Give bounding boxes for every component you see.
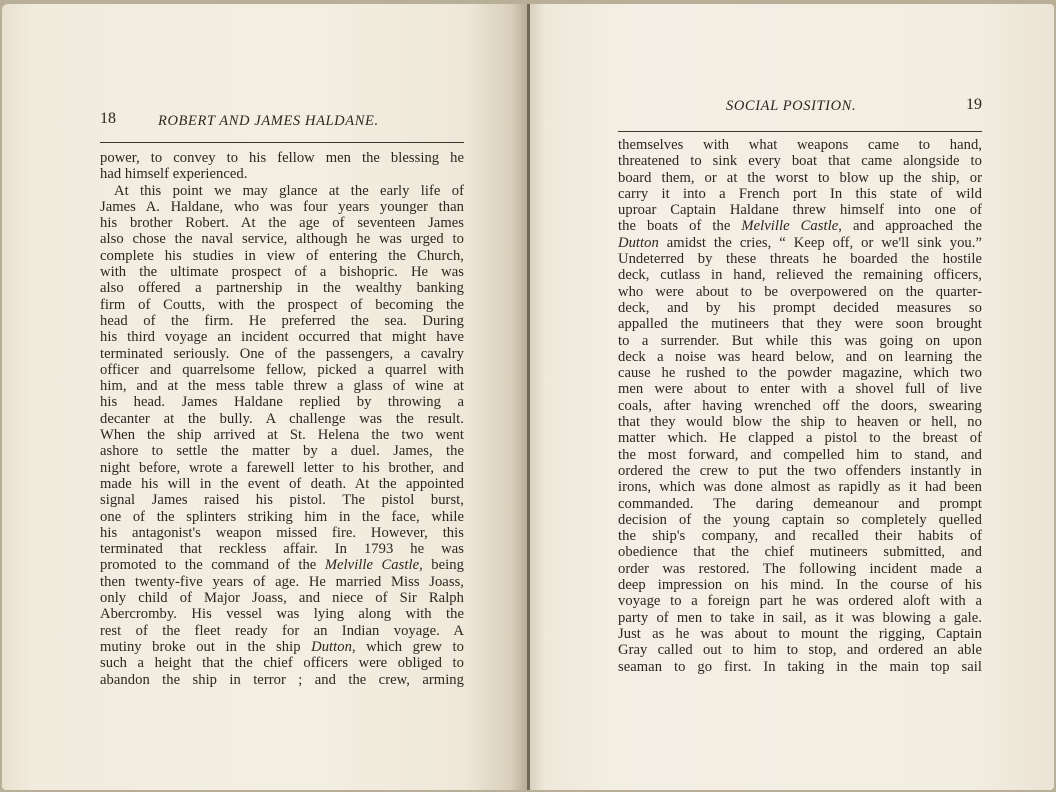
text-segment: the boats of the — [618, 218, 741, 234]
text-line: made his will in the event of death. At … — [100, 476, 464, 492]
text-line: night before, wrote a farewell letter to… — [100, 460, 464, 476]
text-line: his antagonist's weapon missed fire. How… — [100, 525, 464, 541]
text-line: signal James raised his pistol. The pist… — [100, 492, 464, 508]
ship-name-italic: Melville Castle — [325, 557, 419, 573]
text-line: Just as he was about to mount the riggin… — [618, 626, 982, 642]
left-header-rule — [100, 142, 464, 143]
text-segment: , being — [419, 557, 464, 573]
text-line: threatened to sink every boat that came … — [618, 153, 982, 169]
left-page: 18 ROBERT AND JAMES HALDANE. power, to c… — [2, 4, 527, 790]
text-line: also offered a partnership in the wealth… — [100, 280, 464, 296]
right-body-text: themselves with what weapons came to han… — [618, 137, 982, 675]
text-line: terminated seriously. One of the passeng… — [100, 346, 464, 362]
text-line: also chose the naval service, although h… — [100, 231, 464, 247]
text-line: deck, and by his prompt decided measures… — [618, 300, 982, 316]
text-line: his head. James Haldane replied by throw… — [100, 394, 464, 410]
text-line: decision of the young captain so complet… — [618, 512, 982, 528]
book-spread: 18 ROBERT AND JAMES HALDANE. power, to c… — [0, 0, 1056, 792]
text-line: themselves with what weapons came to han… — [618, 137, 982, 153]
text-line: Abercromby. His vessel was lying along w… — [100, 606, 464, 622]
text-line: the ship's company, and recalled their h… — [618, 528, 982, 544]
text-line: voyage to a foreign part he was ordered … — [618, 593, 982, 609]
text-line: power, to convey to his fellow men the b… — [100, 150, 464, 166]
text-line: the most forward, and compelled him to s… — [618, 447, 982, 463]
text-line: matter which. He clapped a pistol to the… — [618, 430, 982, 446]
text-line: When the ship arrived at St. Helena the … — [100, 427, 464, 443]
right-page: SOCIAL POSITION. 19 themselves with what… — [530, 4, 1054, 790]
right-page-number: 19 — [966, 96, 982, 114]
text-line: his brother Robert. At the age of sevent… — [100, 215, 464, 231]
text-line-with-italic: promoted to the command of the Melville … — [100, 557, 464, 573]
text-line: to a surrender. But while this was going… — [618, 333, 982, 349]
text-line: James A. Haldane, who was four years you… — [100, 199, 464, 215]
text-line: then twenty-five years of age. He marrie… — [100, 574, 464, 590]
text-line: his third voyage an incident occurred th… — [100, 329, 464, 345]
left-running-head: 18 ROBERT AND JAMES HALDANE. — [100, 96, 464, 120]
ship-name-italic: Dutton — [311, 639, 352, 655]
text-line: coals, after having wrenched off the doo… — [618, 398, 982, 414]
text-line-with-italic: the boats of the Melville Castle, and ap… — [618, 218, 982, 234]
text-line: order was restored. The following incide… — [618, 561, 982, 577]
text-segment: amidst the cries, “ Keep off, or we'll s… — [659, 235, 982, 251]
text-line: only child of Major Joass, and niece of … — [100, 590, 464, 606]
text-line: that they would blow the ship to heaven … — [618, 414, 982, 430]
text-segment: , which grew to — [352, 639, 464, 655]
text-segment: , and approached the — [838, 218, 982, 234]
text-line: commanded. The daring demeanour and prom… — [618, 496, 982, 512]
text-line: had himself experienced. — [100, 166, 464, 182]
text-line: rest of the fleet ready for an Indian vo… — [100, 623, 464, 639]
text-line: cause he rushed to the powder magazine, … — [618, 365, 982, 381]
text-line: Undeterred by these threats he boarded t… — [618, 251, 982, 267]
text-line: uproar Captain Haldane threw himself int… — [618, 202, 982, 218]
text-line: party of men to take in sail, as it was … — [618, 610, 982, 626]
right-running-title: SOCIAL POSITION. — [726, 98, 856, 115]
text-segment: mutiny broke out in the ship — [100, 639, 311, 655]
text-line: firm of Coutts, with the prospect of bec… — [100, 297, 464, 313]
text-line-with-italic: Dutton amidst the cries, “ Keep off, or … — [618, 235, 982, 251]
text-line: officer and quarrelsome fellow, picked a… — [100, 362, 464, 378]
text-line: one of the splinters striking him in the… — [100, 509, 464, 525]
left-body-text: power, to convey to his fellow men the b… — [100, 150, 464, 688]
text-line: who were about to be overpowered on the … — [618, 284, 982, 300]
text-line: seaman to go first. In taking in the mai… — [618, 659, 982, 675]
text-line: ashore to settle the matter by a duel. J… — [100, 443, 464, 459]
text-line: decanter at the bully. A challenge was t… — [100, 411, 464, 427]
text-line: Gray called out to him to stop, and orde… — [618, 642, 982, 658]
text-line: irons, which was done almost as rapidly … — [618, 479, 982, 495]
text-line: deck a noise was heard below, and on lea… — [618, 349, 982, 365]
text-line: him, and at the mess table threw a glass… — [100, 378, 464, 394]
right-running-head: SOCIAL POSITION. 19 — [600, 96, 984, 120]
text-line: complete his studies in view of entering… — [100, 248, 464, 264]
text-segment: promoted to the command of the — [100, 557, 325, 573]
left-page-number: 18 — [100, 110, 116, 128]
text-line-with-italic: mutiny broke out in the ship Dutton, whi… — [100, 639, 464, 655]
text-line: deck, cutlass in hand, relieved the rema… — [618, 267, 982, 283]
text-line: carry it into a French port In this stat… — [618, 186, 982, 202]
ship-name-italic: Dutton — [618, 235, 659, 251]
ship-name-italic: Melville Castle — [741, 218, 838, 234]
left-running-title: ROBERT AND JAMES HALDANE. — [158, 113, 379, 130]
text-line: abandon the ship in terror ; and the cre… — [100, 672, 464, 688]
text-line: appalled the mutineers that they were so… — [618, 316, 982, 332]
right-header-rule — [618, 131, 982, 132]
text-line: deep impression on his mind. In the cour… — [618, 577, 982, 593]
text-line: with the ultimate prospect of a bishopri… — [100, 264, 464, 280]
text-line: board them, or at the worst to blow up t… — [618, 170, 982, 186]
text-line: such a height that the chief officers we… — [100, 655, 464, 671]
text-line: obedience that the chief mutineers submi… — [618, 544, 982, 560]
text-line: ordered the crew to put the two offender… — [618, 463, 982, 479]
text-line: terminated that reckless affair. In 1793… — [100, 541, 464, 557]
text-line: head of the firm. He preferred the sea. … — [100, 313, 464, 329]
text-line: men were about to enter with a shovel fu… — [618, 381, 982, 397]
text-line: At this point we may glance at the early… — [100, 183, 464, 199]
